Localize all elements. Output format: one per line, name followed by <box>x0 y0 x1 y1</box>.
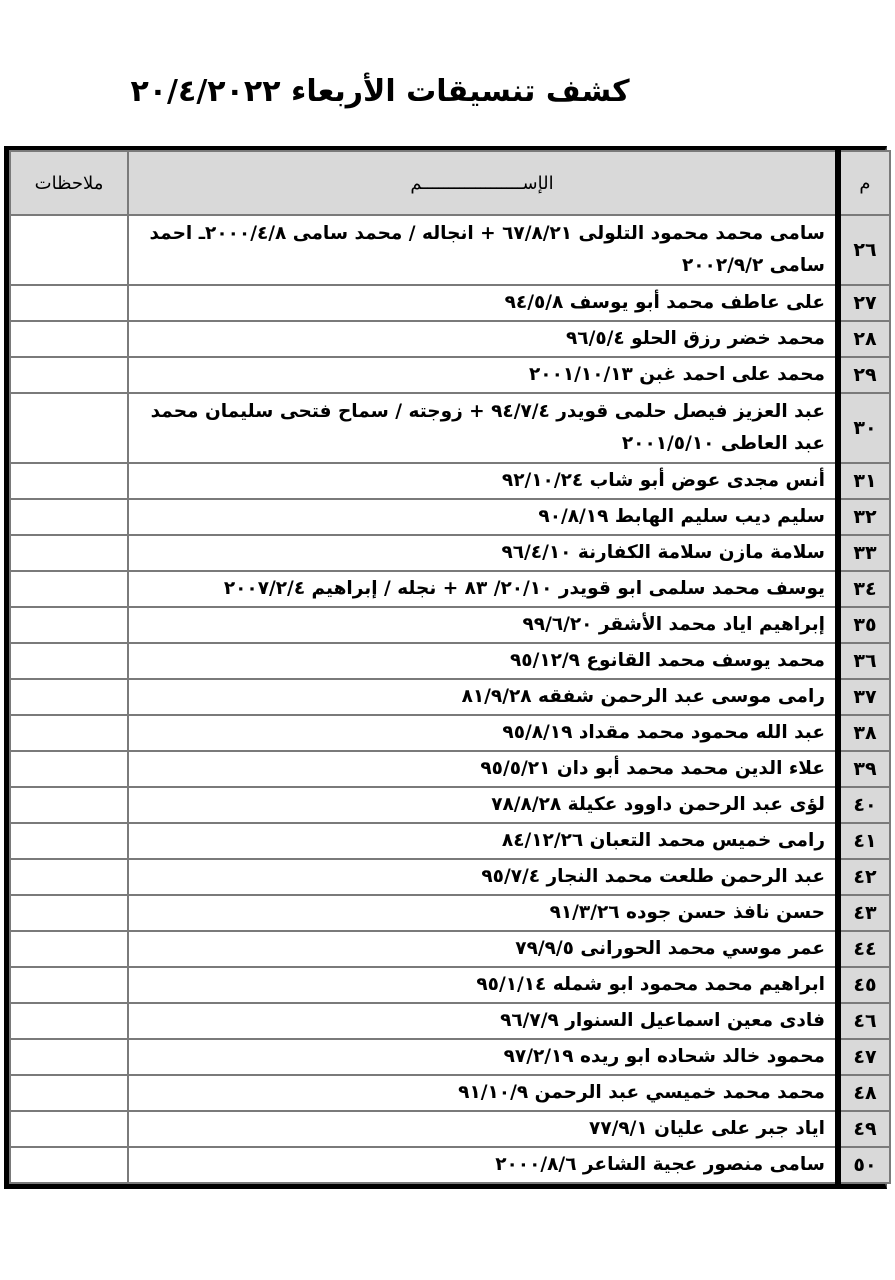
table-row: ٤٤عمر موسي محمد الحورانى ٧٩/٩/٥ <box>10 931 890 967</box>
column-header-name-label: الإســـــــــــــــــــم <box>410 173 553 194</box>
row-notes <box>10 607 128 643</box>
row-name: محمد يوسف محمد القانوع ٩٥/١٢/٩ <box>128 643 838 679</box>
row-number: ٤٠ <box>838 787 890 823</box>
row-name: اياد جبر على عليان ٧٧/٩/١ <box>128 1111 838 1147</box>
row-notes <box>10 1039 128 1075</box>
row-number: ٤٢ <box>838 859 890 895</box>
table-row: ٢٨محمد خضر رزق الحلو ٩٦/٥/٤ <box>10 321 890 357</box>
row-name: يوسف محمد سلمى ابو قويدر ٢٠/١٠/ ٨٣ + نجل… <box>128 571 838 607</box>
table-row: ٤٦فادى معين اسماعيل السنوار ٩٦/٧/٩ <box>10 1003 890 1039</box>
table-row: ٤٠لؤى عبد الرحمن داوود عكيلة ٧٨/٨/٢٨ <box>10 787 890 823</box>
row-notes <box>10 895 128 931</box>
row-number: ٣٢ <box>838 499 890 535</box>
row-notes <box>10 1075 128 1111</box>
table-row: ٢٧على عاطف محمد أبو يوسف ٩٤/٥/٨ <box>10 285 890 321</box>
row-name: لؤى عبد الرحمن داوود عكيلة ٧٨/٨/٢٨ <box>128 787 838 823</box>
row-notes <box>10 215 128 285</box>
row-name: على عاطف محمد أبو يوسف ٩٤/٥/٨ <box>128 285 838 321</box>
row-name: حسن نافذ حسن جوده ٩١/٣/٢٦ <box>128 895 838 931</box>
table-row: ٣٩علاء الدين محمد محمد أبو دان ٩٥/٥/٢١ <box>10 751 890 787</box>
column-header-name: الإســـــــــــــــــــم <box>128 151 838 215</box>
table-row: ٢٩محمد على احمد غبن ٢٠٠١/١٠/١٣ <box>10 357 890 393</box>
table-row: ٣٠عبد العزيز فيصل حلمى قويدر ٩٤/٧/٤ + زو… <box>10 393 890 463</box>
row-number: ٤٤ <box>838 931 890 967</box>
row-notes <box>10 499 128 535</box>
row-number: ٤٦ <box>838 1003 890 1039</box>
row-number: ٣٥ <box>838 607 890 643</box>
row-name: رامى موسى عبد الرحمن شفقه ٨١/٩/٢٨ <box>128 679 838 715</box>
table-body: ٢٦سامى محمد محمود التلولى ٦٧/٨/٢١ + انجا… <box>10 215 890 1183</box>
row-name: أنس مجدى عوض أبو شاب ٩٢/١٠/٢٤ <box>128 463 838 499</box>
row-name: ابراهيم محمد محمود ابو شمله ٩٥/١/١٤ <box>128 967 838 1003</box>
table-row: ٣٥إبراهيم اياد محمد الأشقر ٩٩/٦/٢٠ <box>10 607 890 643</box>
row-name: محمد محمد خميسي عبد الرحمن ٩١/١٠/٩ <box>128 1075 838 1111</box>
row-number: ٥٠ <box>838 1147 890 1183</box>
table-row: ٢٦سامى محمد محمود التلولى ٦٧/٨/٢١ + انجا… <box>10 215 890 285</box>
row-name: رامى خميس محمد التعبان ٨٤/١٢/٢٦ <box>128 823 838 859</box>
table-row: ٥٠سامى منصور عجية الشاعر ٢٠٠٠/٨/٦ <box>10 1147 890 1183</box>
row-notes <box>10 1111 128 1147</box>
table-row: ٤١رامى خميس محمد التعبان ٨٤/١٢/٢٦ <box>10 823 890 859</box>
row-name: عبد الرحمن طلعت محمد النجار ٩٥/٧/٤ <box>128 859 838 895</box>
row-name: سامى منصور عجية الشاعر ٢٠٠٠/٨/٦ <box>128 1147 838 1183</box>
row-notes <box>10 859 128 895</box>
row-notes <box>10 321 128 357</box>
column-header-number: م <box>838 151 890 215</box>
row-notes <box>10 357 128 393</box>
row-number: ٣٧ <box>838 679 890 715</box>
row-name: محمد على احمد غبن ٢٠٠١/١٠/١٣ <box>128 357 838 393</box>
row-name: عبد الله محمود محمد مقداد ٩٥/٨/١٩ <box>128 715 838 751</box>
row-notes <box>10 787 128 823</box>
row-number: ٤٥ <box>838 967 890 1003</box>
row-name: محمود خالد شحاده ابو ريده ٩٧/٢/١٩ <box>128 1039 838 1075</box>
row-notes <box>10 535 128 571</box>
row-name: إبراهيم اياد محمد الأشقر ٩٩/٦/٢٠ <box>128 607 838 643</box>
document-title: كشف تنسيقات الأربعاء ٢٠/٤/٢٠٢٢ <box>0 74 760 109</box>
row-notes <box>10 931 128 967</box>
row-notes <box>10 751 128 787</box>
row-number: ٣٣ <box>838 535 890 571</box>
row-number: ٤١ <box>838 823 890 859</box>
row-notes <box>10 285 128 321</box>
row-name: سليم ديب سليم الهابط ٩٠/٨/١٩ <box>128 499 838 535</box>
row-number: ٣٨ <box>838 715 890 751</box>
row-notes <box>10 823 128 859</box>
row-name: فادى معين اسماعيل السنوار ٩٦/٧/٩ <box>128 1003 838 1039</box>
row-notes <box>10 679 128 715</box>
row-name: علاء الدين محمد محمد أبو دان ٩٥/٥/٢١ <box>128 751 838 787</box>
row-name: محمد خضر رزق الحلو ٩٦/٥/٤ <box>128 321 838 357</box>
table-row: ٤٨محمد محمد خميسي عبد الرحمن ٩١/١٠/٩ <box>10 1075 890 1111</box>
table-row: ٤٣حسن نافذ حسن جوده ٩١/٣/٢٦ <box>10 895 890 931</box>
row-notes <box>10 643 128 679</box>
table-row: ٣٦محمد يوسف محمد القانوع ٩٥/١٢/٩ <box>10 643 890 679</box>
row-number: ٤٧ <box>838 1039 890 1075</box>
table-row: ٤٩اياد جبر على عليان ٧٧/٩/١ <box>10 1111 890 1147</box>
row-name: سلامة مازن سلامة الكفارنة ٩٦/٤/١٠ <box>128 535 838 571</box>
row-number: ٤٩ <box>838 1111 890 1147</box>
table-row: ٤٢عبد الرحمن طلعت محمد النجار ٩٥/٧/٤ <box>10 859 890 895</box>
row-number: ٢٧ <box>838 285 890 321</box>
table-row: ٣٤يوسف محمد سلمى ابو قويدر ٢٠/١٠/ ٨٣ + ن… <box>10 571 890 607</box>
coordination-table-frame: م الإســـــــــــــــــــم ملاحظات ٢٦سام… <box>4 146 887 1189</box>
row-name: عبد العزيز فيصل حلمى قويدر ٩٤/٧/٤ + زوجت… <box>128 393 838 463</box>
row-number: ٤٨ <box>838 1075 890 1111</box>
row-name: عمر موسي محمد الحورانى ٧٩/٩/٥ <box>128 931 838 967</box>
coordination-table: م الإســـــــــــــــــــم ملاحظات ٢٦سام… <box>9 150 891 1184</box>
row-notes <box>10 1003 128 1039</box>
row-number: ٣٤ <box>838 571 890 607</box>
table-row: ٤٧محمود خالد شحاده ابو ريده ٩٧/٢/١٩ <box>10 1039 890 1075</box>
table-row: ٣١أنس مجدى عوض أبو شاب ٩٢/١٠/٢٤ <box>10 463 890 499</box>
table-row: ٣٨عبد الله محمود محمد مقداد ٩٥/٨/١٩ <box>10 715 890 751</box>
row-notes <box>10 715 128 751</box>
table-row: ٣٢سليم ديب سليم الهابط ٩٠/٨/١٩ <box>10 499 890 535</box>
table-row: ٣٧رامى موسى عبد الرحمن شفقه ٨١/٩/٢٨ <box>10 679 890 715</box>
row-number: ٣٦ <box>838 643 890 679</box>
row-number: ٣٩ <box>838 751 890 787</box>
row-number: ٤٣ <box>838 895 890 931</box>
row-name: سامى محمد محمود التلولى ٦٧/٨/٢١ + انجاله… <box>128 215 838 285</box>
row-notes <box>10 571 128 607</box>
table-row: ٣٣سلامة مازن سلامة الكفارنة ٩٦/٤/١٠ <box>10 535 890 571</box>
row-number: ٣١ <box>838 463 890 499</box>
row-notes <box>10 1147 128 1183</box>
row-notes <box>10 393 128 463</box>
table-row: ٤٥ابراهيم محمد محمود ابو شمله ٩٥/١/١٤ <box>10 967 890 1003</box>
row-notes <box>10 463 128 499</box>
row-number: ٢٩ <box>838 357 890 393</box>
column-header-notes: ملاحظات <box>10 151 128 215</box>
row-number: ٢٨ <box>838 321 890 357</box>
table-header-row: م الإســـــــــــــــــــم ملاحظات <box>10 151 890 215</box>
row-number: ٢٦ <box>838 215 890 285</box>
row-number: ٣٠ <box>838 393 890 463</box>
row-notes <box>10 967 128 1003</box>
